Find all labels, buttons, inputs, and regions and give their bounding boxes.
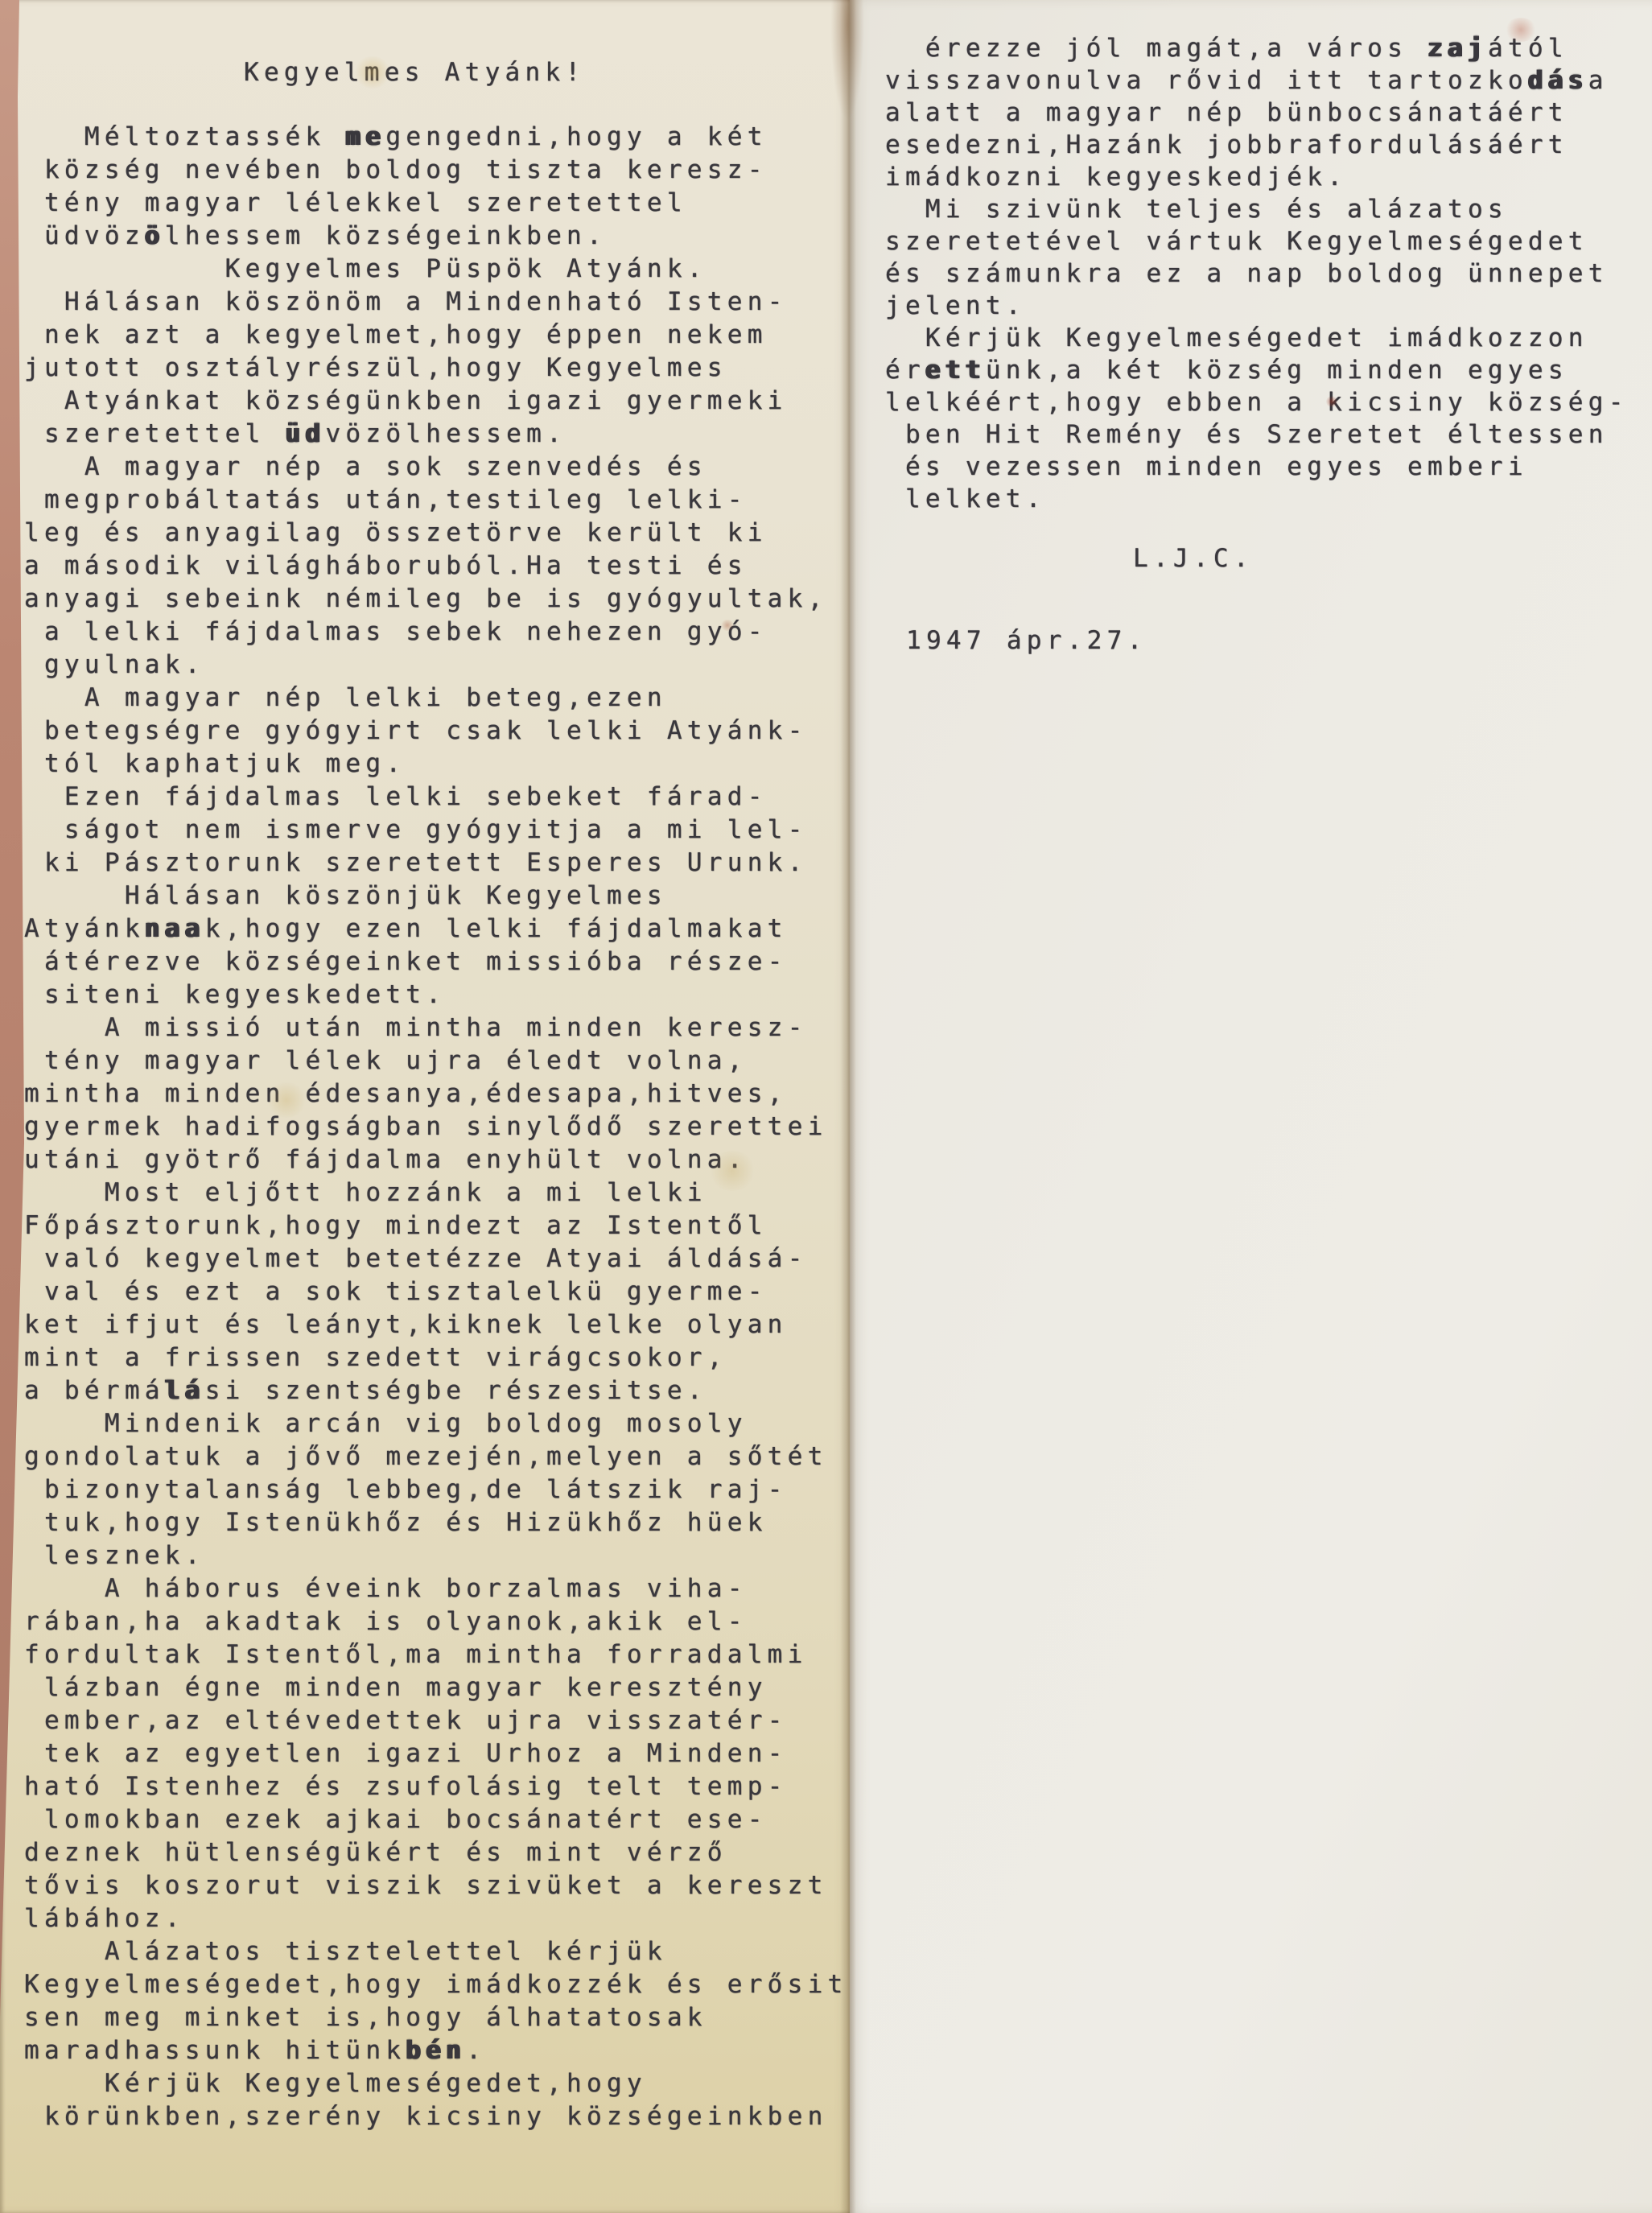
text-line-right-15: lelket.: [885, 483, 1650, 515]
text-line-left-60: Kérjük Kegyelmeségedet,hogy: [24, 2067, 847, 2100]
text-line-left-34: Főpásztorunk,hogy mindezt az Istentől: [24, 1210, 847, 1242]
text-line-left-39: a bérmálási szentségbe részesitse.: [24, 1374, 847, 1407]
text-line-left-12: megprobáltatás után,testileg lelki-: [24, 484, 847, 517]
text-line-left-36: val és ezt a sok tisztalelkü gyerme-: [24, 1275, 847, 1308]
text-line-left-41: gondolatuk a jővő mezején,melyen a sőtét: [24, 1440, 847, 1473]
text-line-right-2: visszavonulva rővid itt tartozkodása: [885, 64, 1650, 97]
text-line-right-5: imádkozni kegyeskedjék.: [885, 161, 1650, 193]
page-fold-crease: [840, 0, 856, 2213]
text-line-left-5: Kegyelmes Püspök Atyánk.: [24, 253, 847, 286]
text-line-left-31: gyermek hadifogságban sinylődő szerettei: [24, 1111, 847, 1144]
signature-initials: L.J.C.: [1133, 544, 1254, 573]
text-line-left-27: siteni kegyeskedett.: [24, 979, 847, 1012]
text-line-left-43: tuk,hogy Istenükhőz és Hizükhőz hüek: [24, 1506, 847, 1539]
text-line-left-50: tek az egyetlen igazi Urhoz a Minden-: [24, 1737, 847, 1770]
text-line-right-6: Mi szivünk teljes és alázatos: [885, 193, 1650, 225]
text-line-left-55: lábához.: [24, 1902, 847, 1935]
text-line-left-11: A magyar nép a sok szenvedés és: [24, 451, 847, 484]
text-line-left-37: ket ifjut és leányt,kiknek lelke olyan: [24, 1308, 847, 1341]
text-line-left-14: a második világháboruból.Ha testi és: [24, 550, 847, 583]
text-line-left-28: A missió után mintha minden keresz-: [24, 1012, 847, 1045]
text-line-left-4: üdvözölhessem községeinkben.: [24, 220, 847, 253]
paper-stain: [708, 1151, 756, 1191]
text-line-right-1: érezze jól magát,a város zajától: [885, 32, 1650, 64]
text-line-left-30: mintha minden édesanya,édesapa,hitves,: [24, 1078, 847, 1111]
text-line-left-53: deznek hütlenségükért és mint vérző: [24, 1836, 847, 1869]
text-line-left-45: A háborus éveink borzalmas viha-: [24, 1572, 847, 1605]
text-line-right-10: Kérjük Kegyelmeségedet imádkozzon: [885, 322, 1650, 354]
text-line-left-13: leg és anyagilag összetörve került ki: [24, 517, 847, 550]
text-line-right-9: jelent.: [885, 290, 1650, 322]
text-line-left-24: Hálásan köszönjük Kegyelmes: [24, 880, 847, 913]
text-line-left-35: való kegyelmet betetézze Atyai áldásá-: [24, 1242, 847, 1275]
text-line-left-10: szeretettel üdvözölhessem.: [24, 418, 847, 451]
paper-stain: [1505, 18, 1537, 42]
text-line-left-38: mint a frissen szedett virágcsokor,: [24, 1341, 847, 1374]
text-line-left-56: Alázatos tisztelettel kérjük: [24, 1935, 847, 1968]
text-line-left-23: ki Pásztorunk szeretett Esperes Urunk.: [24, 847, 847, 880]
paper-stain: [354, 56, 391, 89]
paper-stain: [721, 620, 734, 631]
letter-title: Kegyelmes Atyánk!: [244, 58, 585, 87]
text-line-right-3: alatt a magyar nép bünbocsánatáért: [885, 97, 1650, 129]
text-line-right-13: ben Hit Remény és Szeretet éltessen: [885, 418, 1650, 451]
fold-stain: [830, 0, 864, 121]
letter-body-column-2: érezze jól magát,a város zajátólvisszavo…: [885, 32, 1650, 515]
letter-date: 1947 ápr.27.: [906, 626, 1147, 655]
text-line-left-51: ható Istenhez és zsufolásig telt temp-: [24, 1770, 847, 1803]
text-line-left-58: sen meg minket is,hogy álhatatosak: [24, 2001, 847, 2034]
text-line-left-9: Atyánkat községünkben igazi gyermeki: [24, 385, 847, 418]
text-line-left-2: község nevében boldog tiszta keresz-: [24, 154, 847, 187]
text-line-left-19: betegségre gyógyirt csak lelki Atyánk-: [24, 715, 847, 748]
text-line-left-22: ságot nem ismerve gyógyitja a mi lel-: [24, 814, 847, 847]
text-line-left-54: tővis koszorut viszik szivüket a kereszt: [24, 1869, 847, 1902]
text-line-left-46: rában,ha akadtak is olyanok,akik el-: [24, 1605, 847, 1638]
text-line-left-6: Hálásan köszönöm a Mindenható Isten-: [24, 286, 847, 319]
text-line-right-11: érettünk,a két község minden egyes: [885, 354, 1650, 386]
text-line-left-57: Kegyelmeségedet,hogy imádkozzék és erősi…: [24, 1968, 847, 2001]
text-line-left-42: bizonytalanság lebbeg,de látszik raj-: [24, 1473, 847, 1506]
text-line-left-21: Ezen fájdalmas lelki sebeket fárad-: [24, 781, 847, 814]
text-line-left-7: nek azt a kegyelmet,hogy éppen nekem: [24, 319, 847, 352]
text-line-left-17: gyulnak.: [24, 649, 847, 682]
text-line-right-7: szeretetével vártuk Kegyelmeségedet: [885, 225, 1650, 258]
text-line-left-52: lomokban ezek ajkai bocsánatért ese-: [24, 1803, 847, 1836]
letter-body-column-1: Méltoztassék megengedni,hogy a két közsé…: [24, 121, 847, 2133]
text-line-left-3: tény magyar lélekkel szeretettel: [24, 187, 847, 220]
text-line-right-12: lelkéért,hogy ebben a kicsiny község-: [885, 386, 1650, 418]
letter-page-1: Kegyelmes Atyánk! Méltoztassék megengedn…: [0, 0, 850, 2213]
text-line-left-1: Méltoztassék megengedni,hogy a két: [24, 121, 847, 154]
text-line-left-26: átérezve községeinket missióba része-: [24, 946, 847, 979]
text-line-left-61: körünkben,szerény kicsiny községeinkben: [24, 2100, 847, 2133]
text-line-left-29: tény magyar lélek ujra éledt volna,: [24, 1045, 847, 1078]
text-line-left-20: tól kaphatjuk meg.: [24, 748, 847, 781]
text-line-left-40: Mindenik arcán vig boldog mosoly: [24, 1407, 847, 1440]
text-line-right-4: esedezni,Hazánk jobbrafordulásáért: [885, 129, 1650, 161]
text-line-left-47: fordultak Istentől,ma mintha forradalmi: [24, 1638, 847, 1671]
text-line-left-8: jutott osztályrészül,hogy Kegyelmes: [24, 352, 847, 385]
paper-stain: [1326, 396, 1337, 407]
text-line-right-14: és vezessen minden egyes emberi: [885, 451, 1650, 483]
text-line-right-8: és számunkra ez a nap boldog ünnepet: [885, 258, 1650, 290]
paper-stain: [266, 1082, 307, 1118]
text-line-left-25: Atyánknaak,hogy ezen lelki fájdalmakat: [24, 913, 847, 946]
text-line-left-49: ember,az eltévedettek ujra visszatér-: [24, 1704, 847, 1737]
text-line-left-15: anyagi sebeink némileg be is gyógyultak,: [24, 583, 847, 616]
text-line-left-44: lesznek.: [24, 1539, 847, 1572]
text-line-left-48: lázban égne minden magyar keresztény: [24, 1671, 847, 1704]
scanned-letter: Kegyelmes Atyánk! Méltoztassék megengedn…: [0, 0, 1652, 2213]
text-line-left-18: A magyar nép lelki beteg,ezen: [24, 682, 847, 715]
text-line-left-59: maradhassunk hitünkbén.: [24, 2034, 847, 2067]
